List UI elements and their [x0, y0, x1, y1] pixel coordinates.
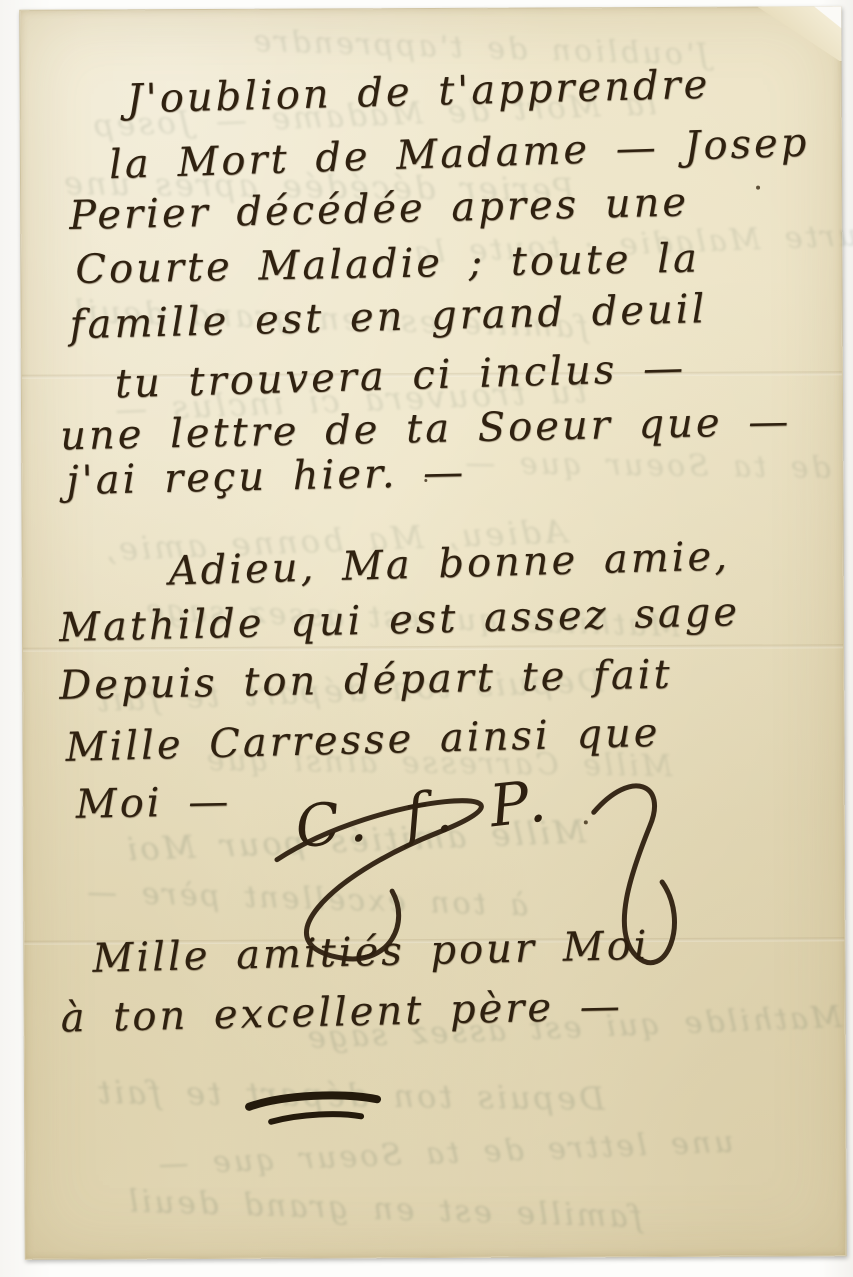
letter-line-13: Moi — [75, 779, 231, 828]
closing-flourish [243, 1086, 383, 1137]
letter-line-9: Adieu, Ma bonne amie, [168, 533, 730, 594]
letter-line-10: Mathilde qui est assez sage [58, 589, 740, 651]
signature-paraphe-flourish [594, 786, 675, 963]
letter-page: J'oublion de t'apprendre la Mort de Mada… [19, 6, 846, 1260]
corner-fold [757, 6, 841, 62]
ink-speck [424, 479, 427, 482]
letter-line-6: tu trouvera ci inclus — [114, 345, 686, 407]
letter-line-4: Courte Maladie ; toute la [75, 235, 700, 292]
ghost-text-line: une lettre de ta Soeur que — [462, 446, 853, 489]
letter-line-3: Perier décédée apres une [69, 179, 690, 239]
closing-flourish-stroke [271, 1114, 361, 1122]
signature-initials: C. f. P. [292, 765, 559, 861]
letter-body: J'oublion de t'apprendre la Mort de Mada… [20, 7, 840, 11]
letter-line-1: J'oublion de t'apprendre [126, 62, 711, 123]
ink-speck [584, 820, 588, 824]
letter-line-2: la Mort de Madame — Josep [108, 120, 810, 189]
ink-speck [756, 186, 760, 190]
letter-line-11: Depuis ton départ te fait [59, 652, 673, 709]
verso-show-through-layer: J'oublion de t'apprendre la Mort de Mada… [20, 7, 840, 11]
letter-line-5: famille est en grand deuil [69, 286, 708, 348]
letter-line-15: à ton excellent père — [60, 983, 623, 1041]
letter-line-8: j'ai reçu hier. — [66, 449, 467, 504]
scanned-letter-image: J'oublion de t'apprendre la Mort de Mada… [0, 0, 853, 1277]
closing-flourish-stroke [249, 1095, 377, 1107]
signature-block: C. f. P. [232, 760, 703, 977]
ghost-text-line: famille est en grand deuil [125, 1183, 643, 1235]
ghost-text-line: une lettre de ta Soeur que — [155, 1125, 734, 1183]
